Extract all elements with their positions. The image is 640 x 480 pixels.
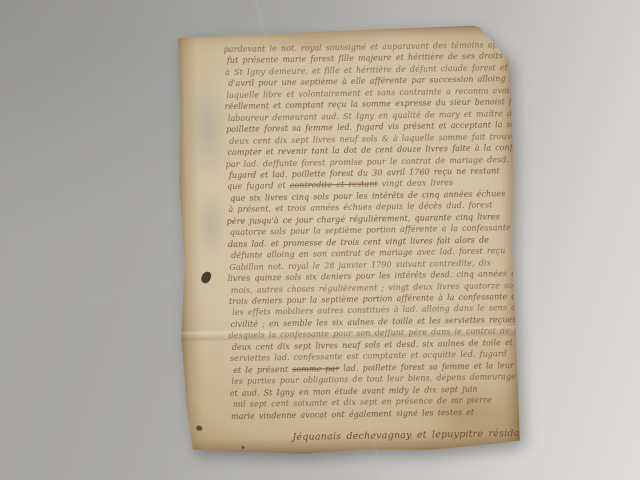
manuscript-text: pardevant le not. royal soussigné et aup…: [226, 39, 520, 422]
line-text: marie vindenne avocat ont également sign…: [231, 407, 474, 420]
manuscript-paper: pardevant le not. royal soussigné et aup…: [173, 24, 520, 456]
struck-text: somme par: [292, 364, 339, 374]
photo-background: pardevant le not. royal soussigné et aup…: [0, 0, 640, 480]
ink-blot: [242, 446, 245, 449]
gray-smudge-stain-lower: [190, 179, 232, 270]
ink-blot: [200, 270, 212, 284]
line-text: vingt deux livres: [378, 179, 454, 189]
paper-sheet: pardevant le not. royal soussigné et aup…: [173, 24, 520, 456]
signature-line: Jéquanais dechevagnay et lepuypitre rési…: [292, 428, 522, 443]
struck-text: contredite et restant: [290, 180, 378, 191]
line-text: que fugard et: [227, 181, 290, 191]
line-text: et le présent: [233, 365, 292, 375]
ink-blot: [196, 426, 202, 431]
